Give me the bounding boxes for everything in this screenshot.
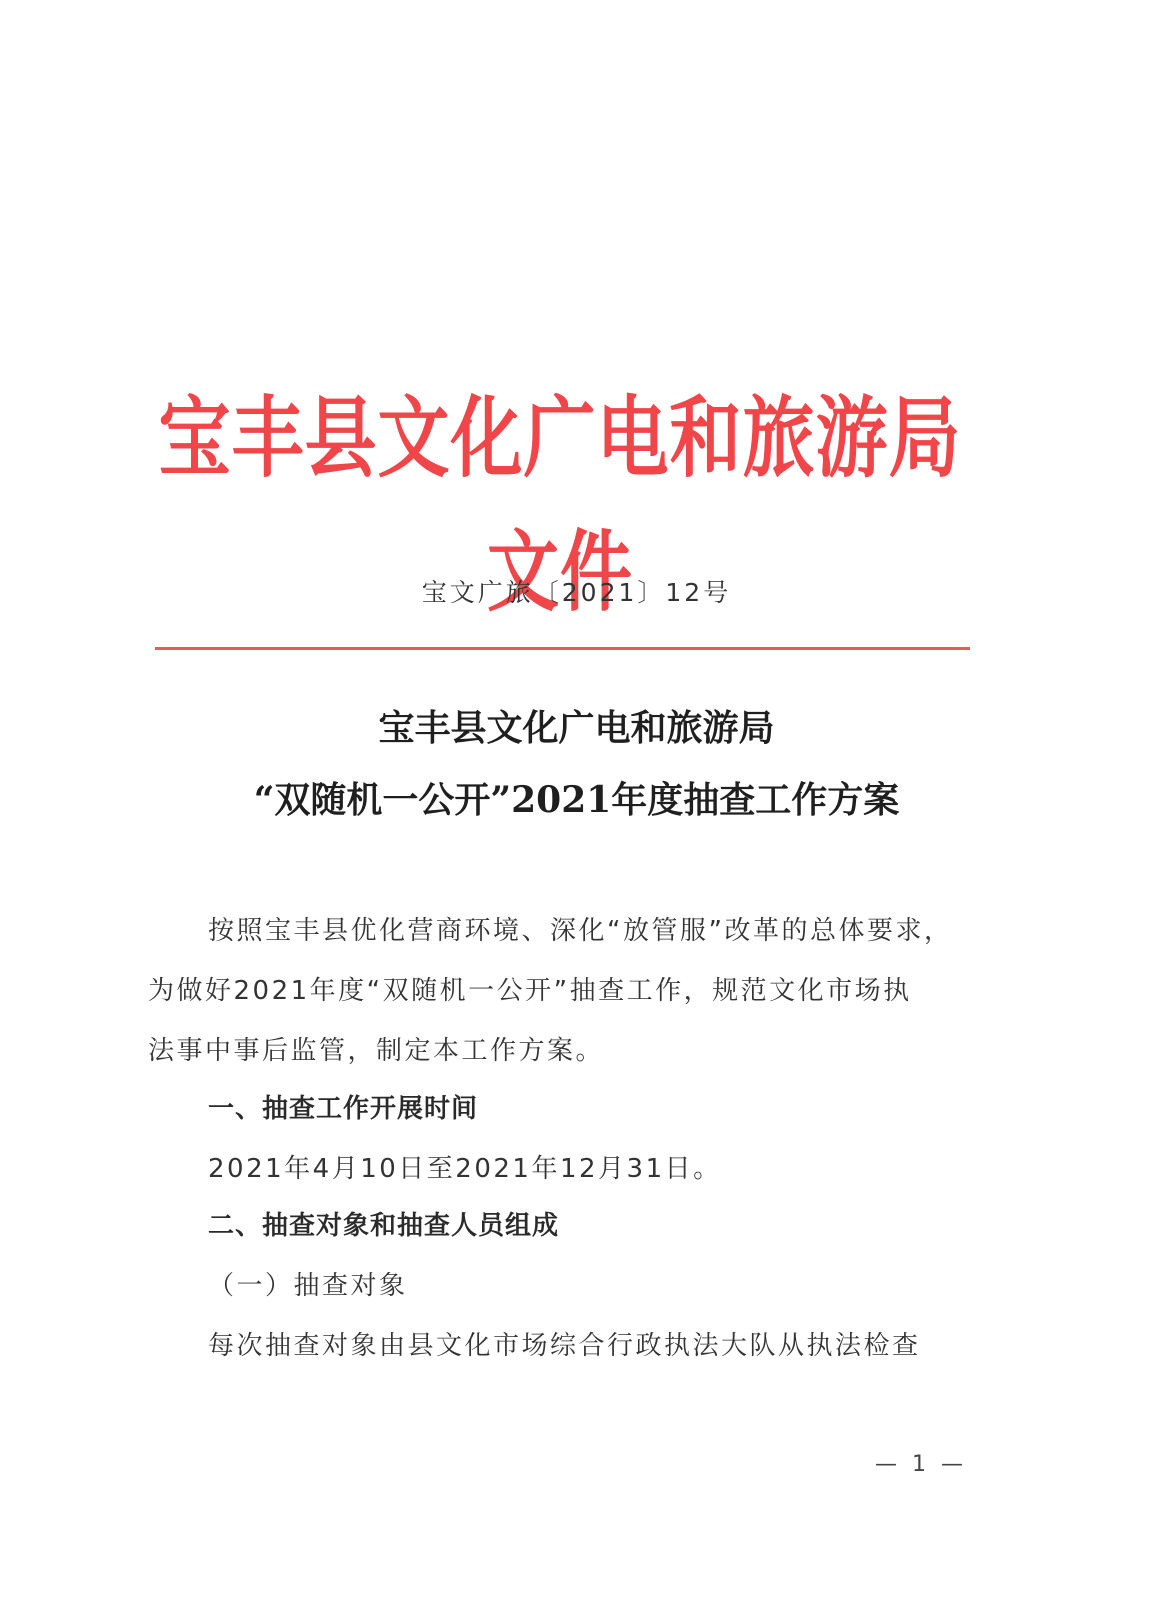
red-divider-rule [155,647,970,650]
document-title-line2: “双随机一公开”2021年度抽查工作方案 [0,772,1153,823]
section-2-sub1-heading: （一）抽查对象 [208,1257,408,1315]
section-1-text: 2021年4月10日至2021年12月31日。 [208,1140,722,1198]
section-2-sub1-text: 每次抽查对象由县文化市场综合行政执法大队从执法检查 [208,1317,921,1375]
intro-line-3: 法事中事后监管，制定本工作方案。 [148,1022,604,1080]
section-1-heading: 一、抽查工作开展时间 [208,1080,478,1138]
intro-line-2: 为做好2021年度“双随机一公开”抽查工作，规范文化市场执 [148,962,912,1020]
section-2-heading: 二、抽查对象和抽查人员组成 [208,1197,559,1255]
page-number: — 1 — [875,1452,967,1477]
document-title-line1: 宝丰县文化广电和旅游局 [0,700,1153,751]
intro-line-1: 按照宝丰县优化营商环境、深化“放管服”改革的总体要求， [208,902,952,960]
document-number: 宝文广旅〔2021〕12号 [0,573,1153,609]
